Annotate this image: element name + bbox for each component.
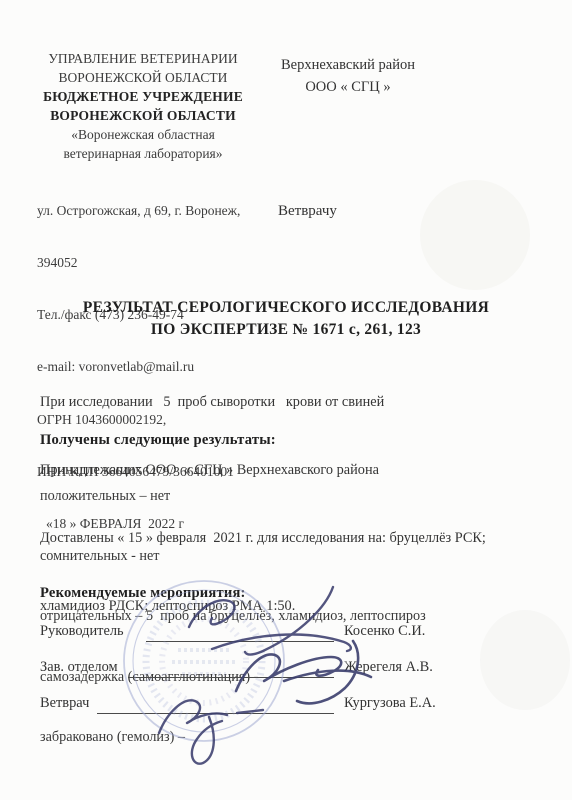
- org-line-bold: БЮДЖЕТНОЕ УЧРЕЖДЕНИЕ: [36, 87, 250, 106]
- org-line: «Воронежская областная: [36, 125, 250, 144]
- signature-line: [146, 641, 334, 642]
- result-item: положительных – нет: [40, 488, 426, 514]
- org-line-bold: ВОРОНЕЖСКОЙ ОБЛАСТИ: [36, 106, 250, 125]
- org-line: ВОРОНЕЖСКОЙ ОБЛАСТИ: [36, 68, 250, 87]
- signature-name-dept-head: Жерегеля А.В.: [344, 659, 433, 676]
- org-line: ветеринарная лаборатория»: [36, 144, 250, 163]
- signature-name-director: Косенко С.И.: [344, 623, 425, 640]
- district-line: Верхнехавский район: [266, 54, 430, 76]
- org-line: УПРАВЛЕНИЕ ВЕТЕРИНАРИИ: [36, 49, 250, 68]
- body-line: При исследовании 5 проб сыворотки крови …: [40, 391, 545, 414]
- result-item: сомнительных - нет: [40, 548, 426, 574]
- address-line: ул. Острогожская, д 69, г. Воронеж,: [37, 202, 297, 219]
- results-list: положительных – нет сомнительных - нет о…: [40, 454, 426, 789]
- signature-name-vet: Кургузова Е.А.: [344, 695, 436, 712]
- letterhead-right: Верхнехавский район ООО « СГЦ »: [266, 54, 430, 98]
- results-heading: Получены следующие результаты:: [40, 432, 276, 449]
- document-content: УПРАВЛЕНИЕ ВЕТЕРИНАРИИ ВОРОНЕЖСКОЙ ОБЛАС…: [0, 0, 572, 800]
- postcode-line: 394052: [37, 254, 297, 271]
- addressee: Ветврачу: [278, 203, 337, 220]
- signature-role-dept-head: Зав. отделом: [40, 659, 118, 676]
- signature-role-director: Руководитель: [40, 623, 124, 640]
- signature-line: [97, 713, 334, 714]
- title-line-1: РЕЗУЛЬТАТ СЕРОЛОГИЧЕСКОГО ИССЛЕДОВАНИЯ: [0, 297, 572, 319]
- document-title: РЕЗУЛЬТАТ СЕРОЛОГИЧЕСКОГО ИССЛЕДОВАНИЯ П…: [0, 297, 572, 340]
- signature-role-vet: Ветврач: [40, 695, 89, 712]
- result-item: забраковано (гемолиз) –: [40, 729, 426, 755]
- company-line: ООО « СГЦ »: [266, 76, 430, 98]
- recommendations-heading: Рекомендуемые мероприятия:: [40, 585, 246, 602]
- letterhead-left: УПРАВЛЕНИЕ ВЕТЕРИНАРИИ ВОРОНЕЖСКОЙ ОБЛАС…: [36, 49, 250, 163]
- signature-line: [128, 677, 334, 678]
- document-page: УПРАВЛЕНИЕ ВЕТЕРИНАРИИ ВОРОНЕЖСКОЙ ОБЛАС…: [0, 0, 572, 800]
- title-line-2: ПО ЭКСПЕРТИЗЕ № 1671 с, 261, 123: [0, 319, 572, 341]
